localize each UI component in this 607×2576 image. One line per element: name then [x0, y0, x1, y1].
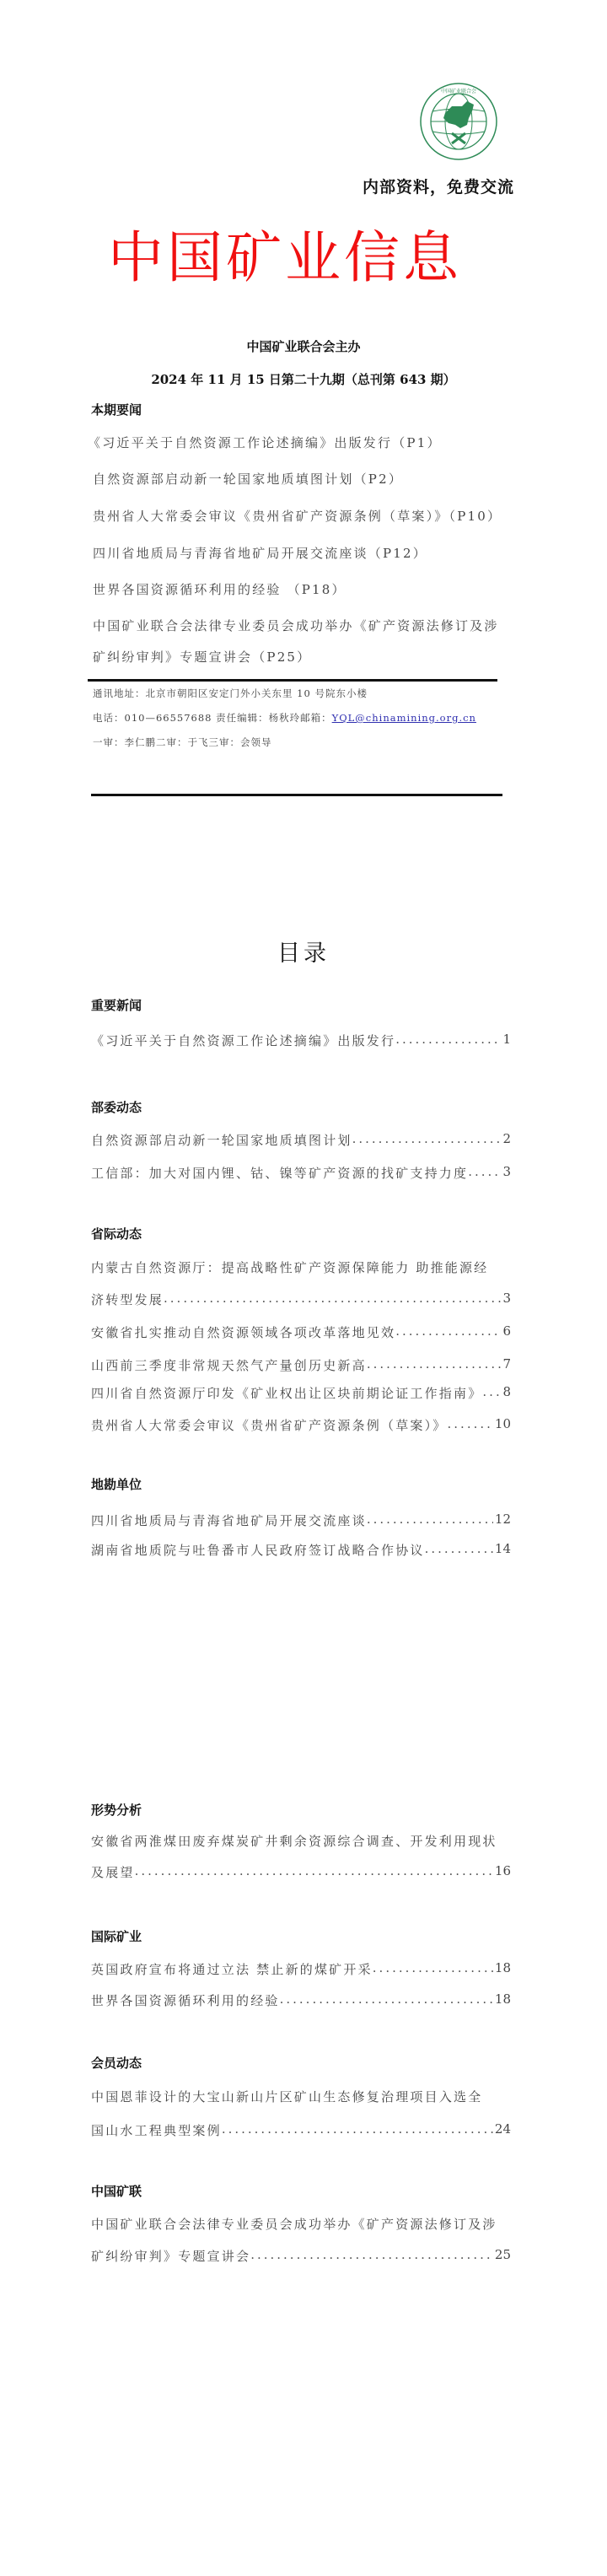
leader-dots — [468, 1164, 501, 1182]
toc-entry[interactable]: 四川省地质局与青海省地矿局开展交流座谈12 — [91, 1512, 511, 1529]
leader-dots — [164, 1291, 501, 1308]
toc-entry[interactable]: 贵州省人大常委会审议《贵州省矿产资源条例（草案）》10 — [91, 1416, 511, 1434]
toc-entry-title: 四川省自然资源厅印发《矿业权出让区块前期论证工作指南》 — [91, 1384, 482, 1402]
toc-entry-title: 贵州省人大常委会审议《贵州省矿产资源条例（草案）》 — [91, 1416, 448, 1434]
highlight-item[interactable]: 《习近平关于自然资源工作论述摘编》出版发行（P1） — [88, 434, 442, 451]
toc-entry-page: 12 — [493, 1512, 511, 1529]
toc-entry-page: 16 — [493, 1863, 511, 1881]
toc-entry-page: 18 — [493, 1960, 511, 1978]
toc-entry-line1[interactable]: 内蒙古自然资源厅：提高战略性矿产资源保障能力 助推能源经 — [91, 1258, 488, 1276]
toc-entry-title: 《习近平关于自然资源工作论述摘编》出版发行 — [91, 1032, 395, 1049]
toc-section-heading: 国际矿业 — [91, 1927, 142, 1945]
leader-dots — [352, 1131, 502, 1149]
toc-entry[interactable]: 英国政府宣布将通过立法 禁止新的煤矿开采18 — [91, 1960, 511, 1978]
leader-dots — [482, 1384, 501, 1402]
toc-entry[interactable]: 工信部：加大对国内锂、钴、镍等矿产资源的找矿支持力度3 — [91, 1164, 511, 1182]
toc-entry-page: 8 — [501, 1384, 511, 1402]
toc-section-heading: 部委动态 — [91, 1098, 142, 1116]
toc-entry-title: 及展望 — [91, 1863, 135, 1881]
toc-entry-page: 2 — [501, 1131, 511, 1149]
toc-entry[interactable]: 山西前三季度非常规天然气产量创历史新高7 — [91, 1356, 511, 1374]
distribution-notice: 内部资料，免费交流 — [363, 175, 514, 197]
toc-entry-page: 10 — [493, 1416, 511, 1434]
highlight-item-continued[interactable]: 矿纠纷审判》专题宣讲会（P25） — [93, 648, 311, 666]
toc-entry-title: 矿纠纷审判》专题宣讲会 — [91, 2247, 250, 2265]
highlights-heading: 本期要闻 — [91, 401, 142, 418]
masthead-title: 中国矿业信息 — [108, 213, 496, 293]
leader-dots — [367, 1512, 493, 1529]
leader-dots — [280, 1991, 493, 2009]
toc-entry[interactable]: 《习近平关于自然资源工作论述摘编》出版发行1 — [91, 1032, 511, 1049]
sponsor-line: 中国矿业联合会主办 — [0, 337, 607, 355]
leader-dots — [448, 1416, 493, 1434]
highlight-item[interactable]: 四川省地质局与青海省地矿局开展交流座谈（P12） — [93, 544, 427, 562]
toc-entry-page: 7 — [501, 1356, 511, 1374]
toc-entry-line1[interactable]: 中国矿业联合会法律专业委员会成功举办《矿产资源法修订及涉 — [91, 2215, 497, 2233]
contact-reviewers: 一审：李仁鹏二审：于飞三审：会领导 — [93, 736, 272, 749]
toc-section-heading: 地勘单位 — [91, 1475, 142, 1493]
email-link[interactable]: YQL@chinamining.org.cn — [332, 712, 476, 724]
toc-entry-page: 25 — [493, 2247, 511, 2265]
toc-entry-page: 6 — [501, 1323, 511, 1341]
toc-entry[interactable]: 济转型发展3 — [91, 1291, 511, 1308]
toc-section-heading: 重要新闻 — [91, 996, 142, 1014]
toc-section-heading: 形势分析 — [91, 1801, 142, 1819]
leader-dots — [373, 1960, 493, 1978]
toc-entry-title: 山西前三季度非常规天然气产量创历史新高 — [91, 1356, 367, 1374]
divider — [91, 794, 502, 796]
divider — [88, 679, 497, 682]
toc-entry[interactable]: 湖南省地质院与吐鲁番市人民政府签订战略合作协议14 — [91, 1541, 511, 1559]
leader-dots — [367, 1356, 502, 1374]
toc-entry-page: 3 — [501, 1291, 511, 1308]
toc-entry-title: 工信部：加大对国内锂、钴、镍等矿产资源的找矿支持力度 — [91, 1164, 468, 1182]
contact-phone-editor: 电话：010—66557688 责任编辑：杨秋玲邮箱：YQL@chinamini… — [93, 711, 476, 725]
toc-entry[interactable]: 国山水工程典型案例24 — [91, 2121, 511, 2139]
toc-entry-title: 济转型发展 — [91, 1291, 164, 1308]
toc-entry-page: 24 — [493, 2121, 511, 2139]
highlight-item[interactable]: 自然资源部启动新一轮国家地质填图计划（P2） — [93, 470, 403, 488]
toc-entry[interactable]: 世界各国资源循环利用的经验18 — [91, 1991, 511, 2009]
toc-entry-title: 安徽省扎实推动自然资源领域各项改革落地见效 — [91, 1323, 395, 1341]
toc-entry[interactable]: 矿纠纷审判》专题宣讲会25 — [91, 2247, 511, 2265]
toc-entry-title: 世界各国资源循环利用的经验 — [91, 1991, 280, 2009]
toc-section-heading: 会员动态 — [91, 2054, 142, 2072]
toc-entry[interactable]: 四川省自然资源厅印发《矿业权出让区块前期论证工作指南》8 — [91, 1384, 511, 1402]
toc-section-heading: 省际动态 — [91, 1225, 142, 1242]
toc-entry-title: 四川省地质局与青海省地矿局开展交流座谈 — [91, 1512, 367, 1529]
highlight-item[interactable]: 贵州省人大常委会审议《贵州省矿产资源条例（草案）》（P10） — [93, 507, 502, 525]
svg-text:中国矿业联合会: 中国矿业联合会 — [441, 88, 476, 94]
toc-entry-title: 湖南省地质院与吐鲁番市人民政府签订战略合作协议 — [91, 1541, 425, 1559]
toc-entry-title: 国山水工程典型案例 — [91, 2121, 222, 2139]
toc-entry-page: 18 — [493, 1991, 511, 2009]
leader-dots — [395, 1323, 501, 1341]
phone-editor-text: 电话：010—66557688 责任编辑：杨秋玲邮箱： — [93, 712, 332, 724]
toc-entry[interactable]: 及展望16 — [91, 1863, 511, 1881]
toc-entry-title: 自然资源部启动新一轮国家地质填图计划 — [91, 1131, 352, 1149]
toc-section-heading: 中国矿联 — [91, 2182, 142, 2200]
toc-entry-title: 英国政府宣布将通过立法 禁止新的煤矿开采 — [91, 1960, 373, 1978]
toc-entry-page: 1 — [501, 1032, 511, 1049]
toc-entry-page: 3 — [501, 1164, 511, 1182]
toc-entry-line1[interactable]: 安徽省两淮煤田废弃煤炭矿井剩余资源综合调查、开发利用现状 — [91, 1832, 497, 1850]
toc-entry[interactable]: 安徽省扎实推动自然资源领域各项改革落地见效6 — [91, 1323, 511, 1341]
toc-entry[interactable]: 自然资源部启动新一轮国家地质填图计划2 — [91, 1131, 511, 1149]
contact-address: 通讯地址：北京市朝阳区安定门外小关东里 10 号院东小楼 — [93, 687, 368, 700]
leader-dots — [425, 1541, 493, 1559]
toc-title: 目录 — [0, 935, 607, 967]
toc-entry-page: 14 — [493, 1541, 511, 1559]
leader-dots — [250, 2247, 493, 2265]
leader-dots — [395, 1032, 501, 1049]
issue-line: 2024 年 11 月 15 日第二十九期（总刊第 643 期） — [0, 370, 607, 388]
leader-dots — [135, 1863, 493, 1881]
association-logo-icon: 中国矿业联合会 — [418, 81, 499, 162]
toc-entry-line1[interactable]: 中国恩菲设计的大宝山新山片区矿山生态修复治理项目入选全 — [91, 2088, 482, 2105]
leader-dots — [222, 2121, 493, 2139]
highlight-item[interactable]: 中国矿业联合会法律专业委员会成功举办《矿产资源法修订及涉 — [93, 617, 499, 634]
highlight-item[interactable]: 世界各国资源循环利用的经验 （P18） — [93, 580, 346, 598]
